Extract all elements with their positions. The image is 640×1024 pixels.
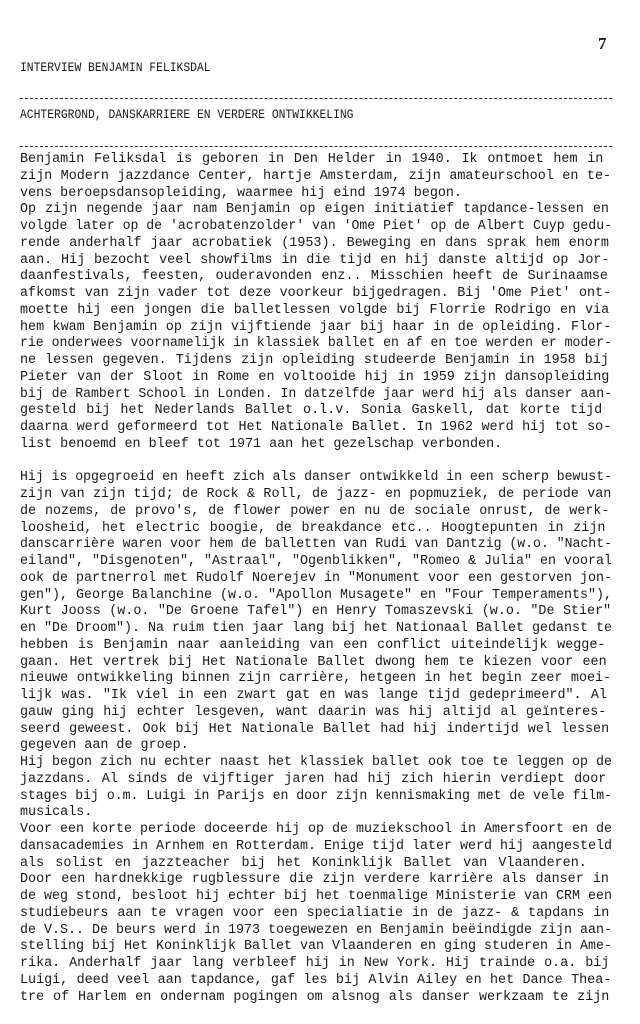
text-line: hebben is Benjamin naar aanleiding van e… [20,638,612,655]
text-line: zijn Modern jazzdance Center, hartje Ams… [20,169,612,186]
text-line: rika. Anderhalf jaar lang verbleef hij i… [20,956,612,973]
header-title: INTERVIEW BENJAMIN FELIKSDAL [20,60,211,75]
text-line: gesteld bij het Nederlands Ballet o.l.v.… [20,403,612,420]
text-line: volgde later op de 'acrobatenzolder' van… [20,219,612,236]
text-line: Voor een korte periode doceerde hij op d… [20,822,612,839]
text-line: studiebeurs aan te vragen voor een speci… [20,906,612,923]
text-line: Op zijn negende jaar nam Benjamin op eig… [20,202,612,219]
text-line: stages bij o.m. Luigi in Parijs en door … [20,789,612,806]
text-line: Hij is opgegroeid en heeft zich als dans… [20,470,612,487]
text-line: de V.S.. De beurs werd in 1973 toegeweze… [20,923,612,940]
text-line: afkomst van zijn vader tot deze voorkeur… [20,286,612,303]
text-line: gegeven aan de groep. [20,738,612,755]
text-line: eiland", "Disgenoten", "Astraal", "Ogenb… [20,554,612,571]
text-line: gaan. Het vertrek bij Het Nationale Ball… [20,655,612,672]
text-line: rie onderwees voornamelijk in klassiek b… [20,336,612,353]
text-line: list benoemd en bleef tot 1971 aan het g… [20,437,612,454]
text-line: rende anderhalf jaar acrobatiek (1953). … [20,236,612,253]
text-line: Kurt Jooss (w.o. "De Groene Tafel") en H… [20,604,612,621]
body-text: Benjamin Feliksdal is geboren in Den Hel… [20,152,612,1006]
text-line: musicals. [20,805,612,822]
text-line: als solist en jazzteacher bij het Konink… [20,856,612,873]
text-line: aan. Hij bezocht veel showfilms in die t… [20,253,612,270]
text-line: en "De Droom"). Na ruim tien jaar lang b… [20,621,612,638]
text-line: zijn van zijn tijd; de Rock & Roll, de j… [20,487,612,504]
text-line: daanfestivals, feesten, ouderavonden enz… [20,269,612,286]
text-line: jazzdans. Al sinds de vijftiger jaren ha… [20,772,612,789]
dashed-divider-bottom [20,146,612,147]
text-line: Luigi, deed veel aan tapdance, gaf les b… [20,973,612,990]
text-line: Benjamin Feliksdal is geboren in Den Hel… [20,152,612,169]
text-line: hem kwam Benjamin op zijn vijftiende jaa… [20,320,612,337]
text-line: de weg stond, besloot hij echter bij het… [20,889,612,906]
text-line: dansacademies in Arnhem en Rotterdam. En… [20,839,612,856]
dashed-divider-top [20,98,612,99]
text-line: loosheid, het electric boogie, de breakd… [20,521,612,538]
page-number: 7 [598,34,607,54]
blank-line [20,454,612,471]
text-line: Door een hardnekkige rugblessure die zij… [20,872,612,889]
text-line: tre of Harlem en ondernam pogingen om al… [20,990,612,1007]
text-line: daarna werd geformeerd tot Het Nationale… [20,420,612,437]
text-line: danscarrière waren voor hem de balletten… [20,537,612,554]
text-line: bij de Rambert School in Londen. In datz… [20,387,612,404]
text-line: de nozems, de provo's, de flower power e… [20,504,612,521]
text-line: ook de partnerrol met Rudolf Noerejev in… [20,571,612,588]
text-line: gauw ging hij echter lesgeven, want daar… [20,705,612,722]
text-line: stelling bij Het Koninklijk Ballet van V… [20,939,612,956]
text-line: seerd geweest. Ook bij Het Nationale Bal… [20,722,612,739]
text-line: lijk was. "Ik viel in een zwart gat en w… [20,688,612,705]
text-line: ne lessen gegeven. Tijdens zijn opleidin… [20,353,612,370]
text-line: Pieter van der Sloot in Rome en voltooid… [20,370,612,387]
text-line: nieuwe ontwikkeling binnen zijn carrière… [20,671,612,688]
text-line: vens beroepsdansopleiding, waarmee hij e… [20,186,612,203]
text-line: moette hij een jongen die balletlessen v… [20,303,612,320]
text-line: gen"), George Balanchine (w.o. "Apollon … [20,588,612,605]
section-title: ACHTERGROND, DANSKARRIERE EN VERDERE ONT… [20,107,353,122]
text-line: Hij begon zich nu echter naast het klass… [20,755,612,772]
